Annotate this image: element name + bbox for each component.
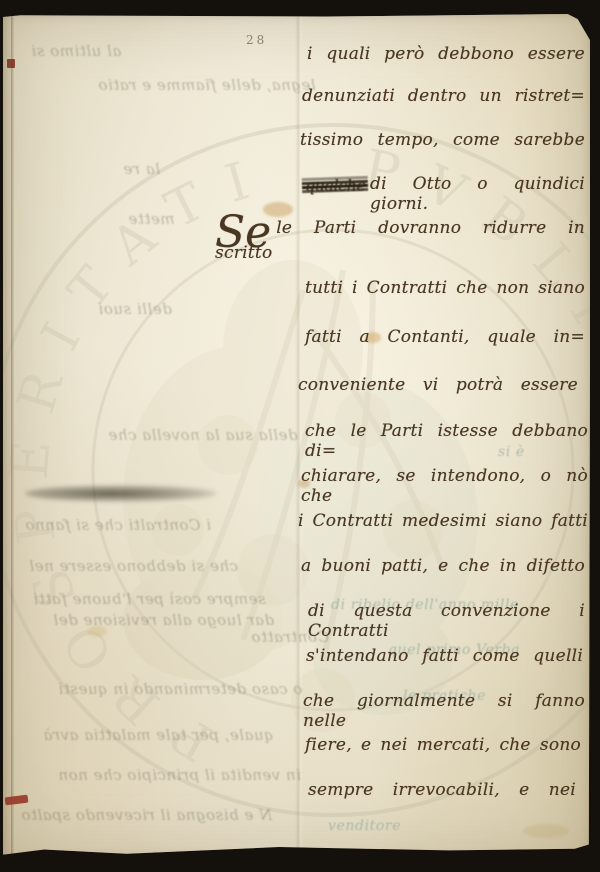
red-archive-mark: [7, 59, 15, 68]
bleedthrough-line: quale, per tale malattia avrà: [43, 726, 274, 744]
scan-background: { "page": { "number": "28", "background_…: [0, 0, 600, 872]
manuscript-line: tutti i Contratti che non siano: [305, 278, 585, 298]
bleedthrough-line: o caso determinando in questi: [58, 680, 302, 698]
bleedthrough-line: dar luogo alla revisione del: [53, 611, 274, 629]
bleedthrough-line: al ultimo si: [31, 42, 121, 60]
bleedthrough-line: la re: [123, 160, 160, 178]
manuscript-line: Sele Parti dovranno ridurre in scritto: [215, 218, 585, 263]
manuscript-line: i quali però debbono essere: [307, 44, 585, 64]
binding-seam: [11, 14, 14, 858]
manuscript-line: di questa convenzione i Contratti: [308, 601, 585, 641]
paper-stain: [523, 824, 569, 838]
bleedthrough-line: della sua la novella che: [108, 426, 298, 444]
bleedthrough-line: delli suoi: [98, 300, 172, 318]
bleedthrough-line: che si debbono essere nel: [29, 557, 238, 575]
bleedthrough-line: sempre così per l'buone fatti: [33, 590, 266, 608]
manuscript-line: s'intendano fatti come quelli: [306, 646, 583, 666]
manuscript-line: i Contratti medesimi siano fatti: [298, 511, 588, 531]
ink-smudge-bleed: [25, 485, 217, 502]
crossed-out-word: qualche: [305, 176, 365, 195]
red-archive-dash: [5, 795, 29, 806]
manuscript-line: che giornalmente si fanno nelle: [303, 691, 585, 731]
manuscript-line: che le Parti istesse debbano di=: [305, 421, 588, 461]
manuscript-line: tissimo tempo, come sarebbe: [300, 130, 585, 150]
manuscript-line: a buoni patti, e che in difetto: [301, 556, 585, 576]
manuscript-page: PROSPERITATI PVBLICAE 28 al ultimo si le…: [3, 14, 590, 858]
manuscript-line: di Otto o quindici giorni.: [370, 174, 585, 214]
bleedthrough-line: i Contralti che si fanno: [25, 516, 211, 534]
paper-stain: [87, 626, 107, 637]
page-number: 28: [246, 33, 267, 47]
bleedthrough-line: legna, delle fiamme e ratio: [98, 76, 316, 94]
showthrough-line: venditore: [328, 818, 401, 834]
bleedthrough-line: N e bisogna il ricevendo spalto: [21, 806, 272, 824]
manuscript-line: fiere, e nei mercati, che sono: [305, 735, 581, 755]
bleedthrough-line: mette: [128, 210, 175, 228]
manuscript-line: fatti a Contanti, quale in=: [305, 327, 585, 347]
manuscript-line: conveniente vi potrà essere: [298, 375, 578, 395]
manuscript-line: sempre irrevocabili, e nei: [308, 780, 576, 800]
manuscript-line: chiarare, se intendono, o nò che: [301, 466, 588, 506]
bleedthrough-line: in vendita il principio che non: [58, 766, 301, 784]
manuscript-line: denunziati dentro un ristret=: [302, 86, 585, 106]
